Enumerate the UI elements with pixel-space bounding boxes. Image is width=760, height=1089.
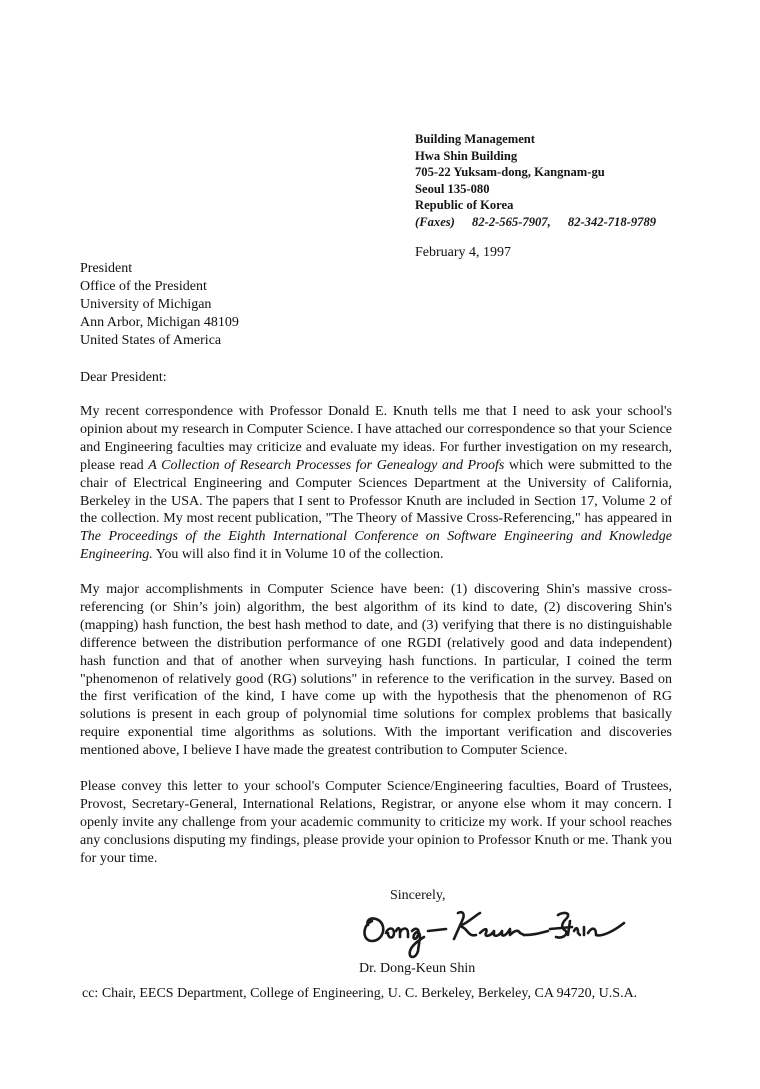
- recipient-line: United States of America: [80, 332, 239, 350]
- sender-faxes: (Faxes) 82-2-565-7907, 82-342-718-9789: [415, 214, 656, 231]
- sender-address: Building Management Hwa Shin Building 70…: [415, 131, 656, 231]
- letter-date: February 4, 1997: [415, 244, 511, 262]
- body-paragraph-2: My major accomplishments in Computer Sci…: [80, 581, 672, 760]
- signer-name: Dr. Dong-Keun Shin: [359, 960, 475, 978]
- closing: Sincerely,: [390, 887, 445, 905]
- body-paragraph-1: My recent correspondence with Professor …: [80, 403, 672, 564]
- salutation: Dear President:: [80, 369, 167, 387]
- fax-number: 82-342-718-9789: [568, 215, 656, 229]
- fax-number: 82-2-565-7907,: [472, 215, 551, 229]
- cc-line: cc: Chair, EECS Department, College of E…: [82, 985, 637, 1003]
- letter-page: Building Management Hwa Shin Building 70…: [0, 0, 760, 1089]
- recipient-line: University of Michigan: [80, 296, 239, 314]
- recipient-line: Ann Arbor, Michigan 48109: [80, 314, 239, 332]
- sender-line: Hwa Shin Building: [415, 148, 656, 165]
- signature-icon: [358, 905, 628, 961]
- faxes-label: (Faxes): [415, 215, 455, 229]
- recipient-line: President: [80, 260, 239, 278]
- recipient-address: President Office of the President Univer…: [80, 260, 239, 350]
- sender-line: Seoul 135-080: [415, 181, 656, 198]
- paragraph-text: You will also find it in Volume 10 of th…: [153, 547, 444, 562]
- sender-line: Republic of Korea: [415, 197, 656, 214]
- book-title: A Collection of Research Processes for G…: [148, 458, 504, 473]
- body-paragraph-3: Please convey this letter to your school…: [80, 778, 672, 868]
- recipient-line: Office of the President: [80, 278, 239, 296]
- sender-line: 705-22 Yuksam-dong, Kangnam-gu: [415, 164, 656, 181]
- sender-line: Building Management: [415, 131, 656, 148]
